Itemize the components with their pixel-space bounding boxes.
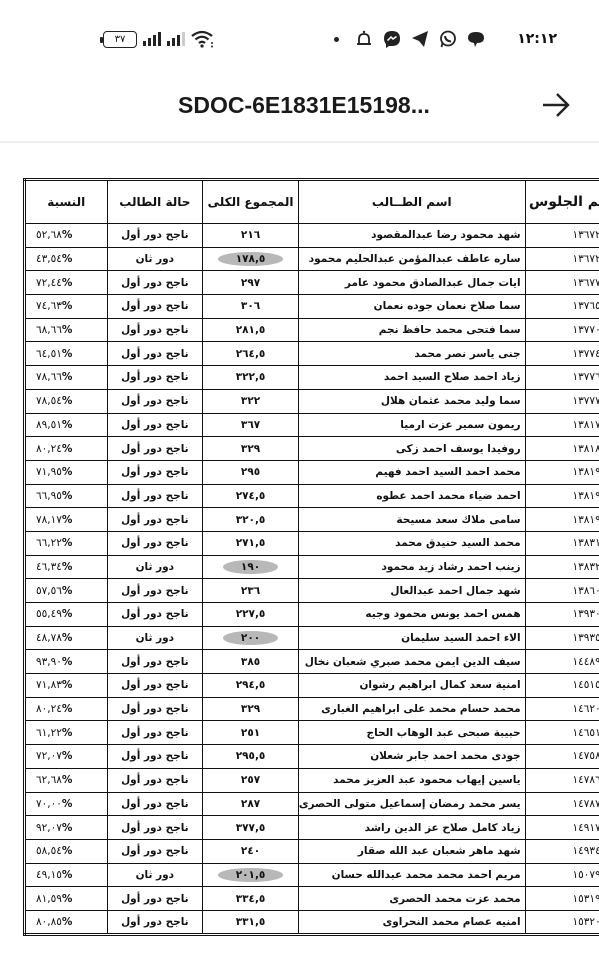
cell-student-name: همس احمد يونس محمود وجيه — [298, 603, 525, 627]
status-bar-system-icons: ٣٧ — [103, 30, 215, 48]
percent-sign: % — [62, 490, 73, 502]
table-row: ١٣٨١٧٧٧ريمون سمير عزت ارميا٣٦٧ناجح دور أ… — [25, 413, 599, 437]
table-row: ١٤٧٨٧٤٧يسر محمد رمضان إسماعيل متولى الحص… — [25, 792, 599, 816]
total-value: ٣٦٧ — [241, 419, 260, 431]
percent-value: ٧٨,٥٤ — [36, 395, 62, 407]
cell-student-status: ناجح دور أول — [107, 650, 203, 674]
total-value: ٣٢٢,٥ — [236, 371, 266, 383]
percent-sign: % — [62, 324, 73, 336]
percent-value: ٦٢,٦٨ — [36, 774, 62, 786]
table-row: ١٣٨١٩٤٣احمد ضياء محمد احمد عطوه٢٧٤,٥ناجح… — [25, 484, 599, 508]
cell-student-name: ساره عاطف عبدالمؤمن عبدالحليم محمود — [298, 247, 525, 271]
cell-seat-number: ١٥٣٢٠١٤ — [525, 910, 599, 934]
cell-student-name: زياد كامل صلاح عز الدين راشد — [298, 816, 525, 840]
cell-student-status: ناجح دور أول — [107, 531, 203, 555]
status-bar-notifications: ١٢:١٢ — [327, 30, 557, 48]
percent-sign: % — [62, 893, 73, 905]
total-value: ٢٤٠ — [241, 845, 260, 857]
cell-total-score: ٣٢٠,٥ — [203, 508, 299, 532]
arrow-right-icon[interactable] — [541, 92, 571, 118]
percent-sign: % — [62, 466, 73, 478]
cell-student-name: محمد السيد حنيدق محمد — [298, 531, 525, 555]
percent-sign: % — [62, 348, 73, 360]
cell-student-name: سامى ملاك سعد مسيحة — [298, 508, 525, 532]
cell-student-status: ناجح دور أول — [107, 295, 203, 319]
cell-percentage: %٩٢,٠٧ — [25, 816, 108, 840]
cell-percentage: %٦١,٢٢ — [25, 721, 108, 745]
status-bar: ٣٧ — [0, 0, 599, 80]
cell-seat-number: ١٤٧٨٦٥٧ — [525, 768, 599, 792]
percent-value: ٦٦,٩٥ — [36, 490, 62, 502]
cell-student-status: ناجح دور أول — [107, 342, 203, 366]
cell-percentage: %٦٦,٢٢ — [25, 531, 108, 555]
cell-student-name: احمد ضياء محمد احمد عطوه — [298, 484, 525, 508]
percent-value: ٨١,٥٩ — [36, 893, 62, 905]
cell-percentage: %٥٧,٥٦ — [25, 579, 108, 603]
percent-sign: % — [62, 229, 73, 241]
cell-seat-number: ١٣٨٣٢٢٧ — [525, 555, 599, 579]
table-row: ١٤٤٨٩٤٥سيف الدين ايمن محمد صبري شعبان نخ… — [25, 650, 599, 674]
total-value: ٢٩٥,٥ — [236, 750, 266, 762]
percent-value: ٧١,٨٣ — [36, 679, 62, 691]
cell-seat-number: ١٣٧٦٥٢٠ — [525, 295, 599, 319]
cell-student-status: ناجح دور أول — [107, 792, 203, 816]
battery-icon: ٣٧ — [103, 31, 137, 48]
percent-value: ٦٤,٥١ — [36, 348, 62, 360]
table-row: ١٤٩١٧٠٦زياد كامل صلاح عز الدين راشد٣٧٧,٥… — [25, 816, 599, 840]
table-row: ١٤٧٨٦٥٧ياسين إيهاب محمود عبد العزيز محمد… — [25, 768, 599, 792]
cell-total-score: ٢٥١ — [203, 721, 299, 745]
table-row: ١٣٧٦٥٢٠سما صلاح نعمان جوده نعمان٣٠٦ناجح … — [25, 295, 599, 319]
cell-percentage: %٧١,٨٣ — [25, 674, 108, 698]
cell-student-status: ناجح دور أول — [107, 318, 203, 342]
cell-percentage: %٧٠,٠٠ — [25, 792, 108, 816]
cell-student-status: ناجح دور أول — [107, 745, 203, 769]
percent-sign: % — [62, 656, 73, 668]
cell-student-status: ناجح دور أول — [107, 910, 203, 934]
cell-percentage: %٧٢,٤٤ — [25, 271, 108, 295]
cell-student-status: دور ثان — [107, 247, 203, 271]
cell-total-score: ٢٨٧ — [203, 792, 299, 816]
cell-student-status: ناجح دور أول — [107, 816, 203, 840]
percent-value: ٥٥,٤٩ — [36, 608, 62, 620]
cell-student-name: مريم احمد محمد محمد عبدالله حسان — [298, 863, 525, 887]
table-header-row: رقم الجلوس اسم الطــالب المجموع الكلى حا… — [25, 180, 599, 224]
cell-seat-number: ١٣٩٣٠٨٣ — [525, 603, 599, 627]
cell-seat-number: ١٣٨١٩٤٤ — [525, 508, 599, 532]
percent-value: ٥٨,٥٤ — [36, 845, 62, 857]
highlight-oval: ٢٠١,٥ — [218, 868, 284, 882]
cell-student-status: ناجح دور أول — [107, 674, 203, 698]
total-value: ٢٩٥ — [241, 466, 260, 478]
cell-total-score: ٢٧١,٥ — [203, 531, 299, 555]
table-row: ١٣٩٣٥٦٧الاء احمد السيد سليمان٢٠٠دور ثان%… — [25, 626, 599, 650]
cell-student-status: ناجح دور أول — [107, 271, 203, 295]
cell-seat-number: ١٣٦٧٢٧٧ — [525, 247, 599, 271]
cell-percentage: %٧٨,٦٦ — [25, 366, 108, 390]
cell-seat-number: ١٣٧٧٧٥٨ — [525, 389, 599, 413]
highlight-oval: ١٧٨,٥ — [218, 252, 284, 266]
percent-sign: % — [62, 822, 73, 834]
cell-seat-number: ١٤٤٨٩٤٥ — [525, 650, 599, 674]
column-header-seat: رقم الجلوس — [525, 180, 599, 224]
table-row: ١٣٧٧٦٩٢زياد احمد صلاح السيد احمد٣٢٢,٥ناج… — [25, 366, 599, 390]
dot-icon — [327, 30, 345, 48]
cell-total-score: ١٩٠ — [203, 555, 299, 579]
table-row: ١٤٩٣٤٧٧شهد ماهر شعبان عبد الله صقار٢٤٠نا… — [25, 839, 599, 863]
cell-student-status: ناجح دور أول — [107, 224, 203, 248]
cell-total-score: ٣٢٩ — [203, 697, 299, 721]
cell-percentage: %٦٢,٦٨ — [25, 768, 108, 792]
percent-value: ٦٨,٦٦ — [36, 324, 62, 336]
cell-seat-number: ١٣٦٧٧١٩ — [525, 271, 599, 295]
cell-student-status: ناجح دور أول — [107, 839, 203, 863]
total-value: ٢٢٧,٥ — [236, 608, 266, 620]
column-header-status: حالة الطالب — [107, 180, 203, 224]
percent-sign: % — [62, 443, 73, 455]
table-row: ١٣٦٧٢٧٧ساره عاطف عبدالمؤمن عبدالحليم محم… — [25, 247, 599, 271]
percent-sign: % — [62, 300, 73, 312]
cell-student-name: ياسين إيهاب محمود عبد العزيز محمد — [298, 768, 525, 792]
cell-student-name: حبيبة صبحى عبد الوهاب الحاج — [298, 721, 525, 745]
total-value: ٢٥٧ — [241, 774, 260, 786]
total-value: ٣٣١,٥ — [236, 916, 266, 928]
cell-student-name: ريمون سمير عزت ارميا — [298, 413, 525, 437]
highlight-oval: ٢٠٠ — [223, 631, 278, 645]
cell-seat-number: ١٣٨٦٠٥٧ — [525, 579, 599, 603]
cell-student-name: شهد جمال احمد عبدالعال — [298, 579, 525, 603]
percent-sign: % — [62, 253, 73, 265]
table-row: ١٣٨٣٢٢٧زينب احمد رشاد زيد محمود١٩٠دور ثا… — [25, 555, 599, 579]
cell-percentage: %٥٢,٦٨ — [25, 224, 108, 248]
document-header: SDOC-6E1831E15198... — [0, 80, 599, 143]
cell-total-score: ٣٠٦ — [203, 295, 299, 319]
cell-total-score: ٢١٦ — [203, 224, 299, 248]
cell-total-score: ٣٧٧,٥ — [203, 816, 299, 840]
total-value: ٢٣٦ — [241, 585, 260, 597]
cell-percentage: %٦٤,٥١ — [25, 342, 108, 366]
wifi-icon — [191, 30, 215, 48]
cell-percentage: %٥٨,٥٤ — [25, 839, 108, 863]
percent-value: ٥٢,٦٨ — [36, 229, 62, 241]
cell-seat-number: ١٥٣١٩٦٧ — [525, 887, 599, 911]
total-value: ٢٧١,٥ — [236, 537, 266, 549]
cell-seat-number: ١٣٨١٩٤٣ — [525, 484, 599, 508]
table-row: ١٣٨١٨٢١روفيدا يوسف احمد زكى٣٢٩ناجح دور أ… — [25, 437, 599, 461]
percent-value: ٤٩,١٥ — [36, 869, 62, 881]
cell-percentage: %٤٩,١٥ — [25, 863, 108, 887]
percent-sign: % — [62, 798, 73, 810]
cell-total-score: ٣٣٤,٥ — [203, 887, 299, 911]
cell-student-status: دور ثان — [107, 626, 203, 650]
cell-seat-number: ١٥٠٧٩٨٠ — [525, 863, 599, 887]
cell-seat-number: ١٣٨١٧٧٧ — [525, 413, 599, 437]
document-title: SDOC-6E1831E15198... — [178, 92, 430, 119]
total-value: ٣٨٥ — [241, 656, 260, 668]
percent-value: ٧٨,١٧ — [36, 514, 62, 526]
percent-value: ٧٨,٦٦ — [36, 371, 62, 383]
total-value: ٣٢٢ — [241, 395, 260, 407]
results-document: رقم الجلوس اسم الطــالب المجموع الكلى حا… — [23, 178, 599, 936]
cell-total-score: ٢٠١,٥ — [203, 863, 299, 887]
total-value: ٢٧٤,٥ — [236, 490, 266, 502]
cell-percentage: %٥٥,٤٩ — [25, 603, 108, 627]
total-value: ٢٦٤,٥ — [236, 348, 266, 360]
cell-student-name: جنى ياسر نصر محمد — [298, 342, 525, 366]
column-header-percent: النسبة — [25, 180, 108, 224]
total-value: ٢٥١ — [241, 727, 260, 739]
cell-seat-number: ١٤٧٥٨١٨ — [525, 745, 599, 769]
percent-value: ٩٣,٩٠ — [36, 656, 62, 668]
cell-seat-number: ١٣٨٣١٨٠ — [525, 531, 599, 555]
table-row: ١٣٦٧٢٦٠شهد محمود رضا عبدالمقصود٢١٦ناجح د… — [25, 224, 599, 248]
results-table: رقم الجلوس اسم الطــالب المجموع الكلى حا… — [23, 178, 599, 936]
cell-seat-number: ١٣٩٣٥٦٧ — [525, 626, 599, 650]
signal-icon-sim2 — [167, 32, 185, 46]
cell-total-score: ٣٦٧ — [203, 413, 299, 437]
total-value: ٢٩٧ — [241, 277, 260, 289]
percent-sign: % — [62, 774, 73, 786]
percent-sign: % — [62, 632, 73, 644]
cell-student-status: دور ثان — [107, 555, 203, 579]
table-body: ١٣٦٧٢٦٠شهد محمود رضا عبدالمقصود٢١٦ناجح د… — [25, 224, 599, 935]
total-value: ٣٣٤,٥ — [236, 893, 266, 905]
cell-total-score: ٢٩٧ — [203, 271, 299, 295]
cell-percentage: %٧٨,٥٤ — [25, 389, 108, 413]
table-row: ١٤٥١٥٨٢امنية سعد كمال ابراهيم رشوان٢٩٤,٥… — [25, 674, 599, 698]
cell-total-score: ٢٦٤,٥ — [203, 342, 299, 366]
signal-icon-sim1 — [143, 32, 161, 46]
total-value: ٣٠٦ — [241, 300, 260, 312]
cell-student-status: ناجح دور أول — [107, 603, 203, 627]
cell-student-name: سما وليد محمد عثمان هلال — [298, 389, 525, 413]
percent-value: ٧٢,٤٤ — [36, 277, 62, 289]
total-value: ٣٢٠,٥ — [236, 514, 266, 526]
cell-total-score: ٢٨١,٥ — [203, 318, 299, 342]
cell-student-name: ايات جمال عبدالصادق محمود عامر — [298, 271, 525, 295]
cell-student-status: ناجح دور أول — [107, 484, 203, 508]
table-row: ١٤٧٥٨١٨جودى محمد احمد جابر شعلان٢٩٥,٥ناج… — [25, 745, 599, 769]
percent-value: ٦٦,٢٢ — [36, 537, 62, 549]
cell-student-status: ناجح دور أول — [107, 579, 203, 603]
table-row: ١٣٧٧٤٢١جنى ياسر نصر محمد٢٦٤,٥ناجح دور أو… — [25, 342, 599, 366]
percent-sign: % — [62, 916, 73, 928]
total-value: ٢٩٤,٥ — [236, 679, 266, 691]
cell-student-name: سيف الدين ايمن محمد صبري شعبان نخال — [298, 650, 525, 674]
cell-seat-number: ١٣٧٧٠١١ — [525, 318, 599, 342]
cell-total-score: ٢٩٤,٥ — [203, 674, 299, 698]
chat-bubble-icon — [467, 30, 485, 48]
cell-seat-number: ١٣٦٧٢٦٠ — [525, 224, 599, 248]
percent-value: ٧٢,٠٧ — [36, 750, 62, 762]
cell-total-score: ٢٠٠ — [203, 626, 299, 650]
cell-percentage: %٨٠,٢٤ — [25, 697, 108, 721]
total-value: ٢١٦ — [241, 229, 260, 241]
percent-value: ٧٤,٦٣ — [36, 300, 62, 312]
cell-seat-number: ١٣٧٧٤٢١ — [525, 342, 599, 366]
table-row: ١٤٦٥١٣٧حبيبة صبحى عبد الوهاب الحاج٢٥١ناج… — [25, 721, 599, 745]
whatsapp-icon — [439, 30, 457, 48]
cell-total-score: ٢٥٧ — [203, 768, 299, 792]
total-value: ٢٨١,٥ — [236, 324, 266, 336]
cell-student-name: محمد حسام محمد على ابراهيم الغبارى — [298, 697, 525, 721]
cell-percentage: %٨١,٥٩ — [25, 887, 108, 911]
cell-percentage: %٤٨,٧٨ — [25, 626, 108, 650]
total-value: ٣٢٩ — [241, 443, 260, 455]
table-row: ١٣٦٧٧١٩ايات جمال عبدالصادق محمود عامر٢٩٧… — [25, 271, 599, 295]
cell-student-name: شهد محمود رضا عبدالمقصود — [298, 224, 525, 248]
table-row: ١٣٩٣٠٨٣همس احمد يونس محمود وجيه٢٢٧,٥ناجح… — [25, 603, 599, 627]
telegram-icon — [411, 30, 429, 48]
cell-student-status: دور ثان — [107, 863, 203, 887]
cell-student-name: الاء احمد السيد سليمان — [298, 626, 525, 650]
percent-sign: % — [62, 419, 73, 431]
percent-sign: % — [62, 561, 73, 573]
cell-seat-number: ١٤٩١٧٠٦ — [525, 816, 599, 840]
cell-seat-number: ١٤٧٨٧٤٧ — [525, 792, 599, 816]
cell-student-status: ناجح دور أول — [107, 413, 203, 437]
cell-percentage: %٦٦,٩٥ — [25, 484, 108, 508]
cell-percentage: %٧٢,٠٧ — [25, 745, 108, 769]
cell-total-score: ٢٩٥,٥ — [203, 745, 299, 769]
cell-student-status: ناجح دور أول — [107, 508, 203, 532]
cell-total-score: ٢٤٠ — [203, 839, 299, 863]
percent-value: ٨٠,٢٤ — [36, 443, 62, 455]
percent-sign: % — [62, 727, 73, 739]
percent-value: ٥٧,٥٦ — [36, 585, 62, 597]
cell-total-score: ٣٣١,٥ — [203, 910, 299, 934]
column-header-total: المجموع الكلى — [203, 180, 299, 224]
percent-sign: % — [62, 608, 73, 620]
cell-student-name: زياد احمد صلاح السيد احمد — [298, 366, 525, 390]
percent-value: ٨٠,٨٥ — [36, 916, 62, 928]
cell-percentage: %٦٨,٦٦ — [25, 318, 108, 342]
table-row: ١٥٣٢٠١٤امنيه عصام محمد النحراوى٣٣١,٥ناجح… — [25, 910, 599, 934]
percent-value: ٤٦,٣٤ — [36, 561, 62, 573]
cell-percentage: %٧٤,٦٣ — [25, 295, 108, 319]
percent-value: ٨٠,٢٤ — [36, 703, 62, 715]
cell-student-name: روفيدا يوسف احمد زكى — [298, 437, 525, 461]
cell-student-status: ناجح دور أول — [107, 887, 203, 911]
cell-total-score: ٣٢٩ — [203, 437, 299, 461]
messenger-icon — [383, 30, 401, 48]
table-row: ١٥٣١٩٦٧محمد عزت محمد الحصرى٣٣٤,٥ناجح دور… — [25, 887, 599, 911]
percent-value: ٩٢,٠٧ — [36, 822, 62, 834]
cell-student-name: امنية سعد كمال ابراهيم رشوان — [298, 674, 525, 698]
percent-sign: % — [62, 869, 73, 881]
cell-percentage: %٨٩,٥١ — [25, 413, 108, 437]
cell-total-score: ٣٨٥ — [203, 650, 299, 674]
battery-level: ٣٧ — [115, 34, 126, 45]
cell-seat-number: ١٤٦٥١٣٧ — [525, 721, 599, 745]
cell-student-name: زينب احمد رشاد زيد محمود — [298, 555, 525, 579]
cell-student-name: يسر محمد رمضان إسماعيل متولى الحصرى — [298, 792, 525, 816]
cell-total-score: ١٧٨,٥ — [203, 247, 299, 271]
total-value: ٢٨٧ — [241, 798, 260, 810]
highlight-oval: ١٩٠ — [223, 560, 278, 574]
cell-student-name: جودى محمد احمد جابر شعلان — [298, 745, 525, 769]
cell-student-status: ناجح دور أول — [107, 437, 203, 461]
cell-total-score: ٢٣٦ — [203, 579, 299, 603]
table-row: ١٣٨١٩٢٩محمد احمد السيد احمد فهيم٢٩٥ناجح … — [25, 460, 599, 484]
cell-total-score: ٢٩٥ — [203, 460, 299, 484]
percent-sign: % — [62, 277, 73, 289]
cell-student-status: ناجح دور أول — [107, 697, 203, 721]
total-value: ٣٧٧,٥ — [236, 822, 266, 834]
cell-seat-number: ١٣٨١٩٢٩ — [525, 460, 599, 484]
cell-total-score: ٢٧٤,٥ — [203, 484, 299, 508]
cell-percentage: %٩٣,٩٠ — [25, 650, 108, 674]
percent-value: ٧٠,٠٠ — [36, 798, 62, 810]
percent-sign: % — [62, 537, 73, 549]
cell-total-score: ٢٢٧,٥ — [203, 603, 299, 627]
cell-percentage: %٤٣,٥٤ — [25, 247, 108, 271]
cell-percentage: %٤٦,٣٤ — [25, 555, 108, 579]
percent-sign: % — [62, 514, 73, 526]
percent-value: ٦١,٢٢ — [36, 727, 62, 739]
cell-percentage: %٨٠,٢٤ — [25, 437, 108, 461]
cell-student-name: سما صلاح نعمان جوده نعمان — [298, 295, 525, 319]
cell-percentage: %٧٨,١٧ — [25, 508, 108, 532]
percent-value: ٨٩,٥١ — [36, 419, 62, 431]
cell-seat-number: ١٣٧٧٦٩٢ — [525, 366, 599, 390]
percent-sign: % — [62, 679, 73, 691]
column-header-name: اسم الطــالب — [298, 180, 525, 224]
cell-percentage: %٨٠,٨٥ — [25, 910, 108, 934]
percent-sign: % — [62, 371, 73, 383]
cell-seat-number: ١٣٨١٨٢١ — [525, 437, 599, 461]
cell-student-name: امنيه عصام محمد النحراوى — [298, 910, 525, 934]
table-row: ١٣٨٦٠٥٧شهد جمال احمد عبدالعال٢٣٦ناجح دور… — [25, 579, 599, 603]
alarm-icon — [355, 30, 373, 48]
percent-value: ٧١,٩٥ — [36, 466, 62, 478]
cell-seat-number: ١٤٥١٥٨٢ — [525, 674, 599, 698]
percent-sign: % — [62, 845, 73, 857]
cell-student-status: ناجح دور أول — [107, 721, 203, 745]
table-row: ١٣٨٣١٨٠محمد السيد حنيدق محمد٢٧١,٥ناجح دو… — [25, 531, 599, 555]
cell-total-score: ٣٢٢,٥ — [203, 366, 299, 390]
total-value: ٣٢٩ — [241, 703, 260, 715]
cell-student-status: ناجح دور أول — [107, 366, 203, 390]
cell-total-score: ٣٢٢ — [203, 389, 299, 413]
cell-student-status: ناجح دور أول — [107, 768, 203, 792]
percent-sign: % — [62, 703, 73, 715]
table-row: ١٣٧٧٧٥٨سما وليد محمد عثمان هلال٣٢٢ناجح د… — [25, 389, 599, 413]
percent-sign: % — [62, 395, 73, 407]
cell-student-name: سما فتحى محمد حافظ نجم — [298, 318, 525, 342]
percent-value: ٤٨,٧٨ — [36, 632, 62, 644]
table-row: ١٣٨١٩٤٤سامى ملاك سعد مسيحة٣٢٠,٥ناجح دور … — [25, 508, 599, 532]
cell-percentage: %٧١,٩٥ — [25, 460, 108, 484]
cell-student-name: محمد احمد السيد احمد فهيم — [298, 460, 525, 484]
clock: ١٢:١٢ — [517, 31, 557, 47]
table-row: ١٣٧٧٠١١سما فتحى محمد حافظ نجم٢٨١,٥ناجح د… — [25, 318, 599, 342]
cell-student-status: ناجح دور أول — [107, 460, 203, 484]
cell-seat-number: ١٤٦٢٠٨٩ — [525, 697, 599, 721]
cell-student-name: محمد عزت محمد الحصرى — [298, 887, 525, 911]
cell-student-status: ناجح دور أول — [107, 389, 203, 413]
cell-student-name: شهد ماهر شعبان عبد الله صقار — [298, 839, 525, 863]
percent-sign: % — [62, 585, 73, 597]
table-row: ١٥٠٧٩٨٠مريم احمد محمد محمد عبدالله حسان٢… — [25, 863, 599, 887]
percent-sign: % — [62, 750, 73, 762]
table-row: ١٤٦٢٠٨٩محمد حسام محمد على ابراهيم الغبار… — [25, 697, 599, 721]
percent-value: ٤٣,٥٤ — [36, 253, 62, 265]
cell-seat-number: ١٤٩٣٤٧٧ — [525, 839, 599, 863]
